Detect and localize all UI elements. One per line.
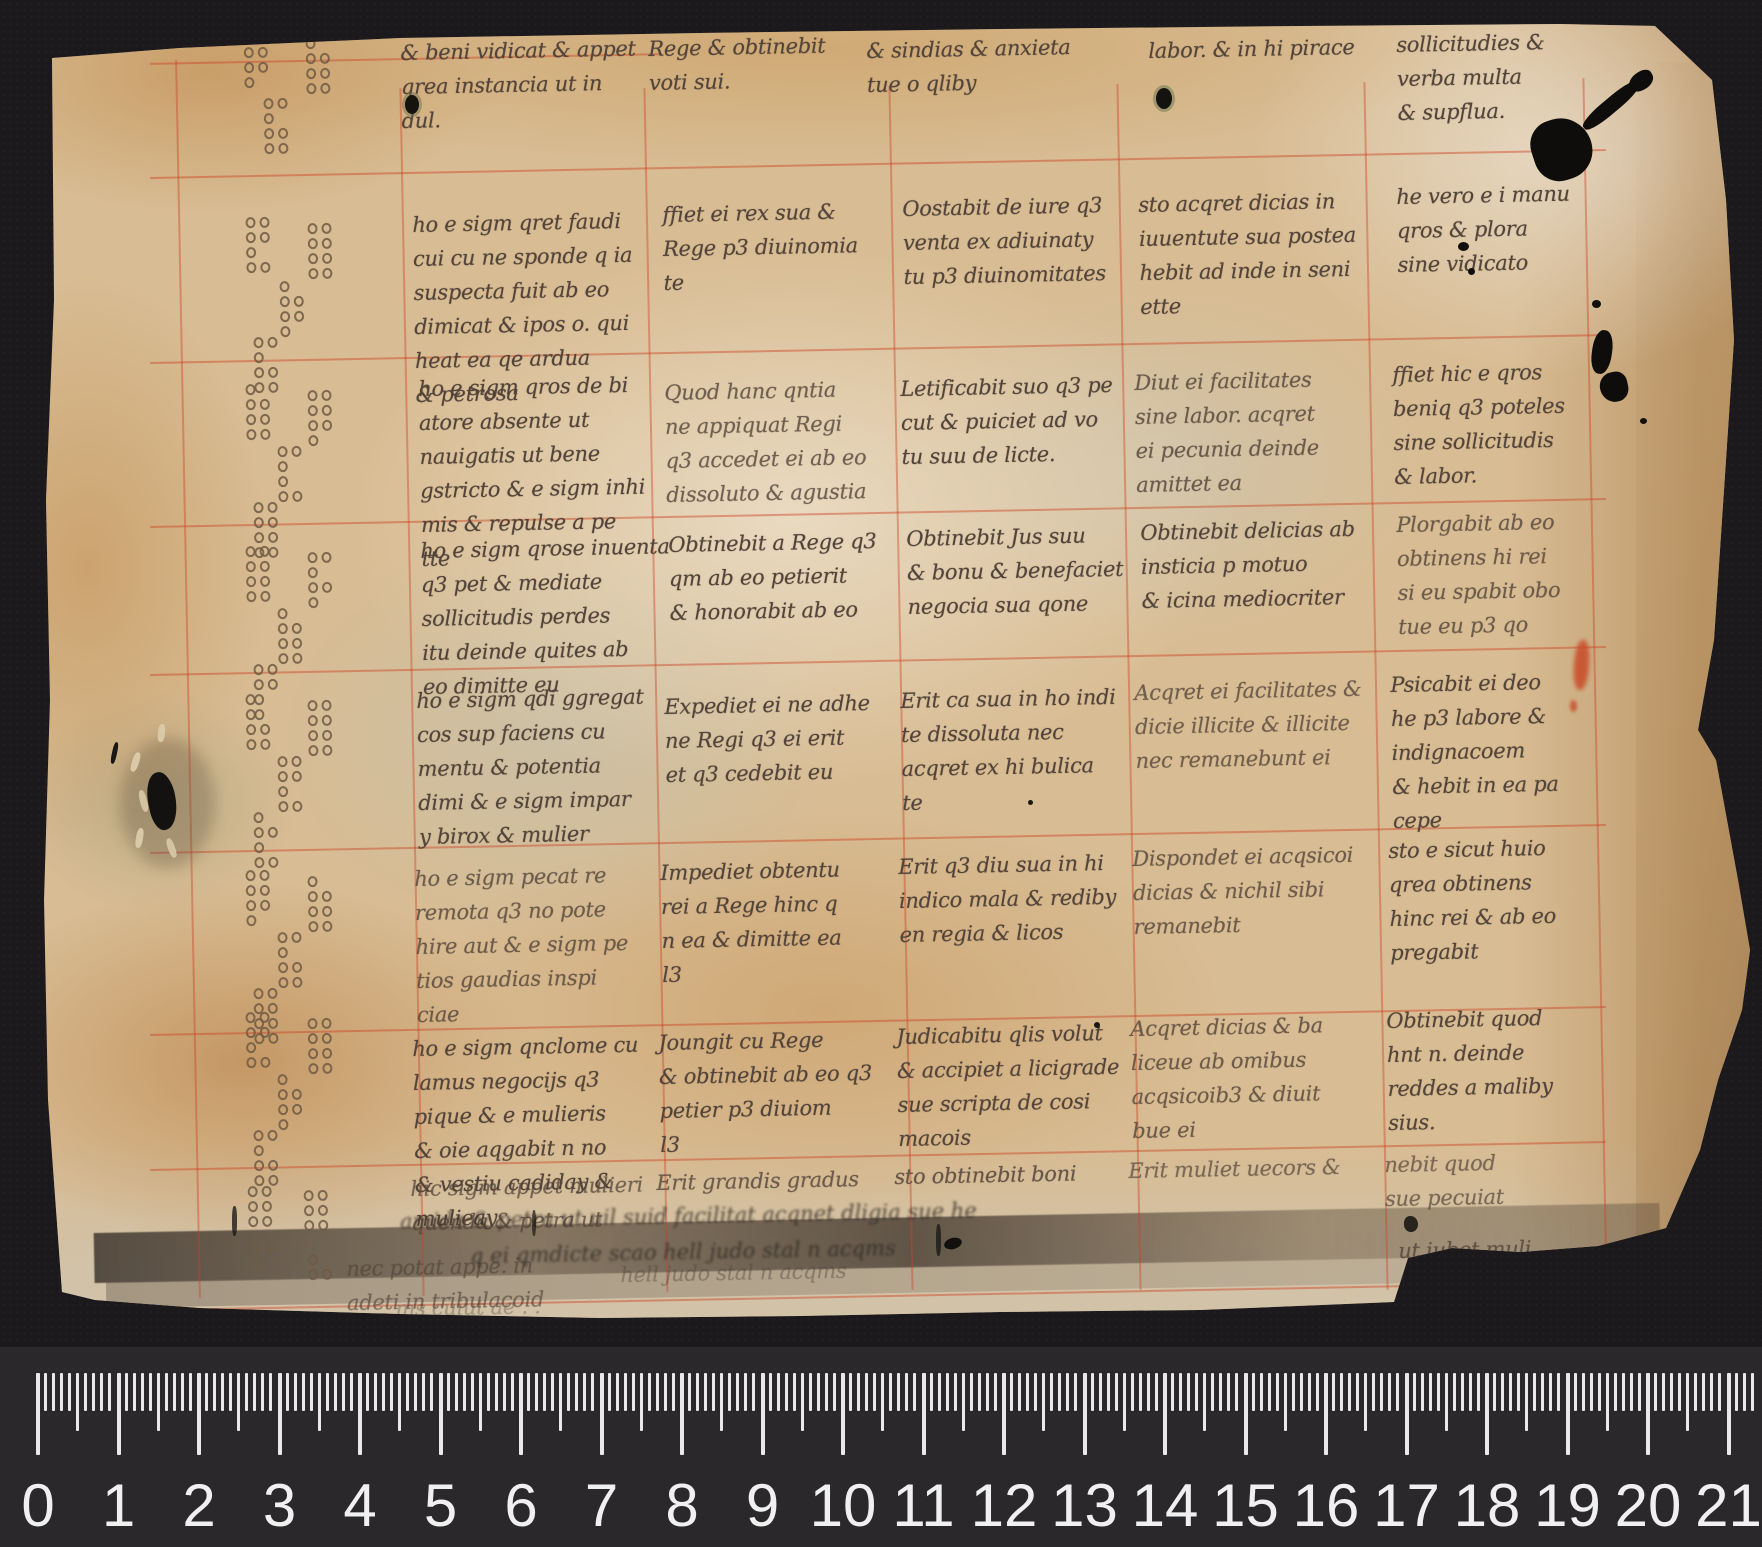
ruler-tick-mm <box>495 1373 498 1411</box>
figure-dot <box>308 253 318 264</box>
ruler-tick-mm <box>1670 1373 1673 1411</box>
figure-dot <box>246 724 256 735</box>
figure-row <box>248 1216 272 1227</box>
manuscript-text-line: iuuentute sua postea <box>1139 218 1357 256</box>
ruler-tick-half <box>318 1373 321 1431</box>
ruler-tick-mm <box>938 1373 941 1411</box>
manuscript-text-line: dul. <box>401 99 637 138</box>
figure-dot <box>278 653 288 664</box>
figure-dot <box>254 532 264 543</box>
table-cell-text: Diut ei facilitatessine labor. acqretei … <box>1134 362 1320 501</box>
figure-dot <box>280 326 290 337</box>
ruler-tick-mm <box>463 1373 466 1411</box>
figure-dot <box>267 664 277 675</box>
manuscript-text-line: obtinens hi rei <box>1397 539 1560 576</box>
ruler-tick-mm <box>873 1373 876 1411</box>
figure-dot <box>292 977 302 988</box>
geomantic-figure <box>245 384 270 444</box>
figure-dot <box>307 876 317 887</box>
figure-row <box>245 1012 269 1023</box>
figure-row <box>246 561 270 572</box>
figure-row <box>253 664 277 675</box>
ruler-tick-mm <box>1179 1373 1182 1411</box>
figure-row <box>306 68 330 79</box>
ruler-tick-mm <box>1235 1373 1238 1411</box>
figure-dot <box>267 337 277 348</box>
ruler-tick-mm <box>1614 1373 1617 1411</box>
figure-dot <box>260 1027 270 1038</box>
figure-dot <box>246 739 256 750</box>
manuscript-text-line: pique & e mulieris <box>413 1096 639 1134</box>
ruler-number: 3 <box>263 1471 296 1540</box>
manuscript-text-line: remanebit <box>1133 906 1354 944</box>
ruler-tick-mm <box>1139 1373 1142 1411</box>
figure-dot <box>268 532 278 543</box>
figure-dot <box>277 756 287 767</box>
table-cell-text: Joungit cu Rege& obtinebit ab eo q3petie… <box>658 1022 874 1162</box>
figure-row <box>264 128 288 139</box>
table-cell-text: Dispondet ei acqsicoidicias & nichil sib… <box>1132 838 1355 944</box>
figure-dot <box>252 1242 262 1253</box>
figure-row <box>308 730 332 741</box>
ruler-number: 10 <box>810 1471 877 1540</box>
table-cell-text: Erit grandis gradus <box>656 1162 859 1200</box>
figure-dot <box>291 756 301 767</box>
ruler-tick-cm <box>1727 1373 1731 1455</box>
figure-dot <box>320 68 330 79</box>
manuscript-text-line: Letificabit suo q3 pe <box>900 368 1113 406</box>
ruler-tick-mm <box>390 1373 393 1411</box>
figure-row <box>243 32 267 43</box>
figure-dot <box>264 113 274 124</box>
manuscript-text-line: Obtinebit quod <box>1386 1001 1552 1038</box>
figure-dot <box>245 870 255 881</box>
manuscript-text-line: hic sigm appet mulieri <box>410 1168 643 1206</box>
ruler-tick-mm <box>1598 1373 1601 1411</box>
ruler-tick-mm <box>1332 1373 1335 1411</box>
figure-row <box>278 638 302 649</box>
figure-dot <box>246 1057 256 1068</box>
manuscript-text-line: & beni vidicat & appet <box>400 31 636 70</box>
figure-dot <box>253 988 263 999</box>
manuscript-text-line: macois <box>898 1118 1121 1156</box>
figure-row <box>305 38 329 49</box>
manuscript-text-line: insticia p motuo <box>1141 546 1356 584</box>
figure-dot <box>253 1130 263 1141</box>
red-ruling-vertical <box>1582 78 1607 1290</box>
figure-dot <box>278 947 288 958</box>
manuscript-text-line: ho e sigm qros de bi <box>418 368 643 406</box>
figure-dot <box>278 1089 288 1100</box>
figure-row <box>308 253 332 264</box>
figure-row <box>308 567 332 578</box>
ruler-tick-cm <box>761 1373 765 1455</box>
manuscript-text-line: dicias & nichil sibi <box>1133 872 1354 910</box>
figure-dot <box>322 715 332 726</box>
figure-dot <box>254 1145 264 1156</box>
ruler-tick-mm <box>1356 1373 1359 1411</box>
ruler-number: 4 <box>343 1471 376 1540</box>
figure-row <box>308 1254 332 1265</box>
figure-dot <box>318 1190 328 1201</box>
ruler-tick-mm <box>1421 1373 1424 1411</box>
figure-row <box>304 1220 328 1231</box>
ruler-tick-mm <box>656 1373 659 1411</box>
figure-row <box>308 1033 332 1044</box>
manuscript-text-line: & honorabit ab eo <box>669 592 878 630</box>
figure-dot <box>304 1205 314 1216</box>
figure-dot <box>278 1119 288 1130</box>
ruler-tick-mm <box>1501 1373 1504 1411</box>
ruler-tick-mm <box>1509 1373 1512 1411</box>
manuscript-text-line: nec remanebunt ei <box>1135 740 1363 778</box>
figure-dot <box>254 1175 264 1186</box>
ink-blot <box>1597 369 1631 404</box>
ink-dash <box>936 1224 941 1256</box>
figure-row <box>278 977 302 988</box>
ruler-tick-mm <box>1461 1373 1464 1411</box>
manuscript-text-line: ette <box>1140 286 1358 324</box>
figure-dot <box>268 367 278 378</box>
figure-row <box>245 217 269 228</box>
manuscript-text-line: tu suu de licte. <box>901 436 1114 474</box>
figure-row <box>254 679 278 690</box>
ruler-tick-mm <box>487 1373 490 1411</box>
ruler-tick-cm <box>922 1373 926 1455</box>
manuscript-text-line: indignacoem <box>1391 733 1558 770</box>
ruler-number: 8 <box>665 1471 698 1540</box>
figure-dot <box>322 1048 332 1059</box>
manuscript-text-line: ho e sigm qnclome cu <box>412 1028 638 1066</box>
ruler-tick-cm <box>1324 1373 1328 1455</box>
ruler-tick-half <box>1203 1373 1206 1431</box>
ruler-tick-half <box>559 1373 562 1431</box>
ruler-tick-cm <box>1083 1373 1087 1455</box>
ruler-tick-half <box>1525 1373 1528 1431</box>
ruler-number: 20 <box>1615 1471 1682 1540</box>
ruler-tick-mm <box>1026 1373 1029 1411</box>
manuscript-text-line: sollicitudies & <box>1396 25 1545 62</box>
ruler-tick-mm <box>350 1373 353 1411</box>
ruler-tick-mm <box>141 1373 144 1411</box>
figure-row <box>244 47 268 58</box>
figure-row <box>246 591 270 602</box>
figure-dot <box>257 32 267 43</box>
figure-row <box>246 724 270 735</box>
figure-dot <box>292 653 302 664</box>
geomantic-figure <box>245 217 270 277</box>
ruler-tick-cm <box>1163 1373 1167 1455</box>
manuscript-text-line: si eu spabit obo <box>1397 573 1560 610</box>
ruler-tick-cm <box>278 1373 282 1455</box>
geomantic-figure <box>307 390 332 450</box>
figure-dot <box>308 921 318 932</box>
figure-dot <box>308 597 318 608</box>
ruler-number: 15 <box>1212 1471 1279 1540</box>
manuscript-text-line: sine sollicitudis <box>1393 423 1565 460</box>
ruler-tick-mm <box>954 1373 957 1411</box>
ruler-tick-cm <box>1405 1373 1409 1455</box>
table-cell-text: Impediet obtenturei a Rege hinc qn ea & … <box>660 853 842 992</box>
table-cell-text: sto acqret dicias iniuuentute sua postea… <box>1138 184 1358 324</box>
geomantic-figure <box>253 812 278 872</box>
manuscript-photo: & beni vidicat & appetqrea instancia ut … <box>0 0 1762 1547</box>
manuscript-text-line: Obtinebit delicias ab <box>1140 512 1355 550</box>
figure-dot <box>253 502 263 513</box>
geomantic-figure <box>279 281 304 341</box>
figure-row <box>246 739 270 750</box>
figure-dot <box>294 311 304 322</box>
manuscript-text-line: voti sui. <box>649 63 827 100</box>
figure-dot <box>308 730 318 741</box>
manuscript-text-line: ne Regi q3 ei erit <box>665 720 871 758</box>
figure-dot <box>246 885 256 896</box>
ruler-tick-mm <box>1557 1373 1560 1411</box>
ruler-tick-mm <box>189 1373 192 1411</box>
figure-dot <box>308 1254 318 1265</box>
figure-row <box>277 756 301 767</box>
figure-row <box>308 582 332 593</box>
ruler-number: 12 <box>971 1471 1038 1540</box>
geomantic-figure <box>277 446 302 506</box>
figure-dot <box>253 812 263 823</box>
figure-dot <box>267 502 277 513</box>
figure-dot <box>259 217 269 228</box>
ruler-tick-mm <box>1372 1373 1375 1411</box>
geomantic-figure <box>253 1130 278 1190</box>
figure-dot <box>305 38 315 49</box>
geomantic-figure <box>245 546 270 606</box>
ruler-tick-mm <box>294 1373 297 1411</box>
ruler-tick-mm <box>1034 1373 1037 1411</box>
ruler-number: 2 <box>182 1471 215 1540</box>
figure-dot <box>246 591 256 602</box>
ink-blot <box>1404 1216 1418 1232</box>
figure-dot <box>318 1205 328 1216</box>
manuscript-text-line: dimicat & ipos o. qui <box>414 306 634 344</box>
ruler-tick-mm <box>913 1373 916 1411</box>
manuscript-text-line: sine labor. acqret <box>1135 396 1319 434</box>
ruler-tick-mm <box>1710 1373 1713 1411</box>
ruler-tick-cm <box>1002 1373 1006 1455</box>
manuscript-text-line: dimi & e sigm impar <box>418 782 646 820</box>
ink-dash <box>532 1210 536 1236</box>
figure-dot <box>318 1220 328 1231</box>
ruler-tick-mm <box>1437 1373 1440 1411</box>
ruler-tick-mm <box>1388 1373 1391 1411</box>
figure-row <box>254 517 278 528</box>
table-cell-text: Obtinebit Jus suu& bonu & benefacietnego… <box>906 518 1124 624</box>
ruler-number: 11 <box>892 1471 954 1540</box>
ruler-tick-mm <box>994 1373 997 1411</box>
table-cell-text: nebit quodsue pecuiat <box>1384 1146 1504 1216</box>
figure-dot <box>262 1186 272 1197</box>
figure-dot <box>322 1269 332 1280</box>
manuscript-text-line: Joungit cu Rege <box>658 1022 872 1060</box>
figure-dot <box>308 906 318 917</box>
manuscript-text-line: & hebit in ea pa <box>1392 767 1559 804</box>
ruler-tick-mm <box>100 1373 103 1411</box>
ruler-tick-mm <box>1477 1373 1480 1411</box>
figure-dot <box>260 1057 270 1068</box>
manuscript-text-line: ms cuiut ae . . <box>395 1289 541 1326</box>
figure-row <box>254 532 278 543</box>
figure-row <box>246 1027 270 1038</box>
figure-dot <box>321 390 331 401</box>
figure-dot <box>321 700 331 711</box>
figure-dot <box>321 552 331 563</box>
figure-row <box>278 1089 302 1100</box>
figure-row <box>307 552 331 563</box>
ruler-tick-cm <box>1646 1373 1650 1455</box>
manuscript-text-line: Obtinebit a Rege q3 <box>668 524 877 562</box>
figure-row <box>278 1119 302 1130</box>
manuscript-text-line: Diut ei facilitates <box>1134 362 1318 400</box>
figure-dot <box>307 700 317 711</box>
manuscript-text-line: y birox & mulier <box>419 816 647 854</box>
figure-dot <box>322 745 332 756</box>
ruler-tick-mm <box>583 1373 586 1411</box>
manuscript-text-line: remota q3 no pote <box>415 892 628 930</box>
ruler-tick-mm <box>133 1373 136 1411</box>
ruler-tick-mm <box>503 1373 506 1411</box>
manuscript-text-line: lamus negocijs q3 <box>413 1062 639 1100</box>
figure-dot <box>260 414 270 425</box>
figure-dot <box>308 567 318 578</box>
geomantic-figure <box>243 32 268 92</box>
figure-dot <box>260 900 270 911</box>
figure-row <box>254 1145 278 1156</box>
geomantic-figure <box>307 552 332 612</box>
figure-row <box>246 709 270 720</box>
ruler-tick-mm <box>1718 1373 1721 1411</box>
ruler-tick-mm <box>1751 1373 1754 1411</box>
ruler-tick-mm <box>326 1373 329 1411</box>
ruler-tick-mm <box>1662 1373 1665 1411</box>
table-cell-text: Erit ca sua in ho indite dissoluta necac… <box>900 680 1118 820</box>
ruler-tick-half <box>1606 1373 1609 1431</box>
manuscript-text-line: te <box>902 782 1118 820</box>
figure-row <box>308 238 332 249</box>
geomantic-figure <box>307 1018 332 1078</box>
figure-row <box>253 812 277 823</box>
ruler-tick-mm <box>624 1373 627 1411</box>
figure-row <box>253 502 277 513</box>
manuscript-text-line: sue scripta de cosi <box>897 1084 1120 1122</box>
ruler-tick-mm <box>535 1373 538 1411</box>
ruler-tick-mm <box>414 1373 417 1411</box>
table-cell-text: Erit q3 diu sua in hiindico mala & redib… <box>898 846 1117 952</box>
ruler-tick-mm <box>1010 1373 1013 1411</box>
manuscript-text-line: n ea & dimitte ea <box>661 921 841 958</box>
ruler-tick-mm <box>84 1373 87 1411</box>
figure-dot <box>246 414 256 425</box>
parchment-right-fold-shading <box>1636 62 1762 1282</box>
ruler-tick-mm <box>221 1373 224 1411</box>
ruler-number: 9 <box>746 1471 779 1540</box>
figure-dot <box>246 561 256 572</box>
figure-dot <box>322 891 332 902</box>
figure-dot <box>291 932 301 943</box>
figure-dot <box>246 709 256 720</box>
ruler-tick-half <box>1686 1373 1689 1431</box>
ruler-tick-half <box>640 1373 643 1431</box>
ruler-tick-mm <box>245 1373 248 1411</box>
ruler-tick-cm <box>1485 1373 1489 1455</box>
ruler-tick-mm <box>567 1373 570 1411</box>
figure-row <box>264 143 288 154</box>
figure-row <box>308 597 332 608</box>
figure-row <box>278 771 302 782</box>
figure-row <box>308 1269 332 1280</box>
manuscript-text-line: tue eu p3 qo <box>1398 607 1561 644</box>
ruler-tick-mm <box>1300 1373 1303 1411</box>
ruler-tick-mm <box>648 1373 651 1411</box>
figure-dot <box>245 217 255 228</box>
figure-dot <box>308 1269 318 1280</box>
manuscript-text-line: venta ex adiuinaty <box>903 222 1106 260</box>
manuscript-text-line: mentu & potentia <box>417 748 645 786</box>
manuscript-text-line: dissoluto & agustia <box>666 474 867 512</box>
ruler-tick-mm <box>1219 1373 1222 1411</box>
figure-dot <box>277 446 287 457</box>
ruler-tick-mm <box>1195 1373 1198 1411</box>
manuscript-text-line: beniq q3 poteles <box>1393 389 1565 426</box>
manuscript-text-line: Psicabit ei deo <box>1390 665 1557 702</box>
ruler-tick-mm <box>1654 1373 1657 1411</box>
ruler-tick-mm <box>302 1373 305 1411</box>
manuscript-text-line: ut iubet muli <box>1398 1231 1531 1268</box>
red-ruling-horizontal <box>150 646 1606 676</box>
figure-row <box>246 885 270 896</box>
ruler-tick-mm <box>978 1373 981 1411</box>
ruler-tick-mm <box>1292 1373 1295 1411</box>
ruler-tick-mm <box>1115 1373 1118 1411</box>
figure-row <box>278 1104 302 1115</box>
figure-dot <box>260 232 270 243</box>
manuscript-text-line: Obtinebit Jus suu <box>906 518 1123 556</box>
table-cell-text: Quod hanc qntiane appiquat Regiq3 accede… <box>664 372 867 512</box>
ruler-tick-half <box>881 1373 884 1431</box>
manuscript-text-line: nauigatis ut bene <box>419 436 644 474</box>
figure-dot <box>268 1175 278 1186</box>
figure-dot <box>277 1074 287 1085</box>
figure-dot <box>254 367 264 378</box>
ruler-tick-mm <box>1533 1373 1536 1411</box>
figure-dot <box>320 53 330 64</box>
figure-dot <box>254 857 264 868</box>
table-cell-text: Acqret ei facilitates &dicie illicite & … <box>1134 672 1363 778</box>
figure-row <box>304 1205 328 1216</box>
manuscript-text-line: sius. <box>1388 1103 1554 1140</box>
figure-row <box>246 1057 270 1068</box>
ruler-tick-mm <box>849 1373 852 1411</box>
ruler-tick-mm <box>712 1373 715 1411</box>
figure-row <box>307 1018 331 1029</box>
figure-dot <box>308 268 318 279</box>
figure-dot <box>322 921 332 932</box>
ruler-tick-mm <box>149 1373 152 1411</box>
figure-row <box>246 915 270 926</box>
figure-row <box>307 700 331 711</box>
figure-dot <box>322 420 332 431</box>
red-stain <box>1570 700 1577 712</box>
figure-dot <box>246 576 256 587</box>
figure-row <box>307 876 331 887</box>
figure-dot <box>262 1216 272 1227</box>
figure-dot <box>278 1104 288 1115</box>
figure-row <box>246 262 270 273</box>
